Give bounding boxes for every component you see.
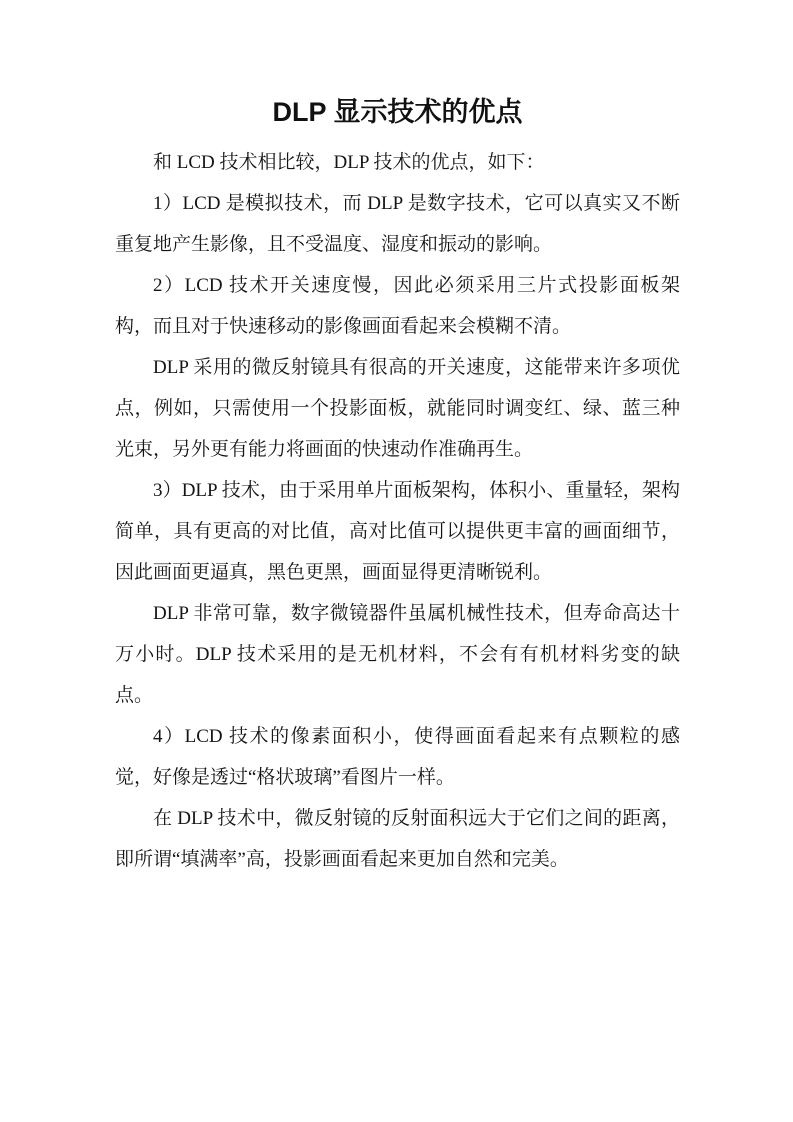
- paragraph-fill-rate: 在 DLP 技术中，微反射镜的反射面积远大于它们之间的距离，即所谓“填满率”高，…: [115, 798, 680, 880]
- paragraph-intro: 和 LCD 技术相比较，DLP 技术的优点，如下：: [115, 142, 680, 183]
- paragraph-point-3: 3）DLP 技术，由于采用单片面板架构，体积小、重量轻，架构简单，具有更高的对比…: [115, 470, 680, 593]
- document-content: DLP 显示技术的优点 和 LCD 技术相比较，DLP 技术的优点，如下： 1）…: [0, 0, 793, 880]
- paragraph-point-1: 1）LCD 是模拟技术，而 DLP 是数字技术，它可以真实又不断重复地产生影像，…: [115, 183, 680, 265]
- paragraph-point-4: 4）LCD 技术的像素面积小，使得画面看起来有点颗粒的感觉，好像是透过“格状玻璃…: [115, 716, 680, 798]
- document-title: DLP 显示技术的优点: [115, 90, 680, 134]
- paragraph-point-2: 2）LCD 技术开关速度慢，因此必须采用三片式投影面板架构，而且对于快速移动的影…: [115, 265, 680, 347]
- document-page: DLP 显示技术的优点 和 LCD 技术相比较，DLP 技术的优点，如下： 1）…: [0, 0, 793, 1122]
- paragraph-dlp-mirror: DLP 采用的微反射镜具有很高的开关速度，这能带来许多项优点，例如，只需使用一个…: [115, 347, 680, 470]
- paragraph-dlp-reliability: DLP 非常可靠，数字微镜器件虽属机械性技术，但寿命高达十万小时。DLP 技术采…: [115, 593, 680, 716]
